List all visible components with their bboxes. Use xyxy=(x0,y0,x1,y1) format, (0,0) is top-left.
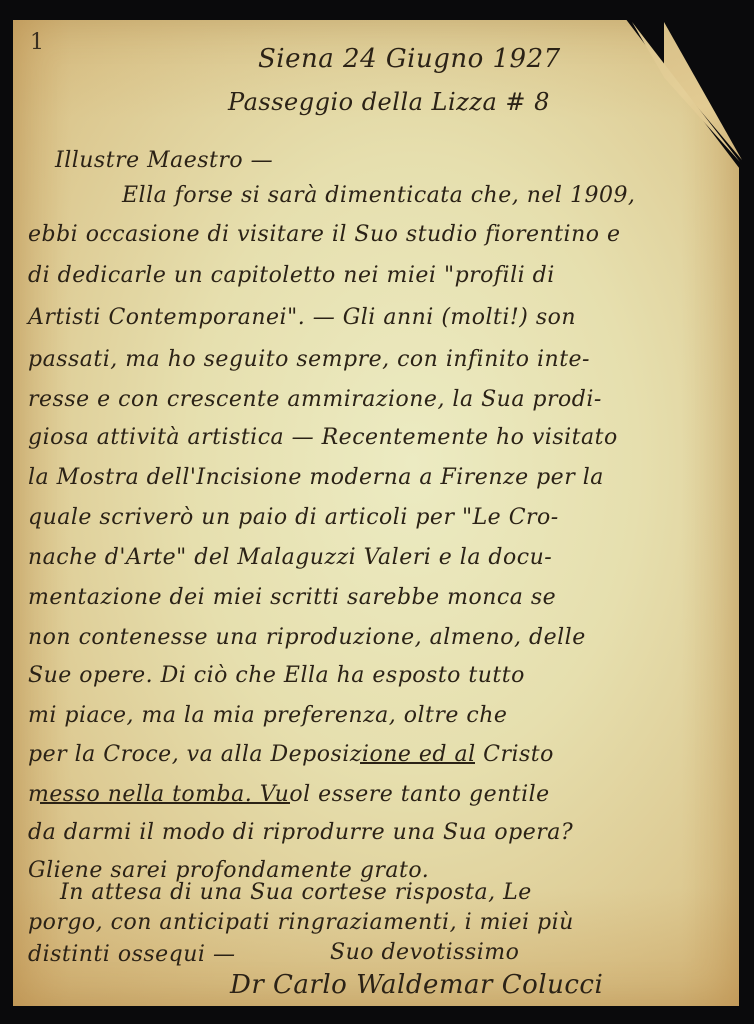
letter-date: Siena 24 Giugno 1927 xyxy=(258,44,561,74)
body-line: Artisti Contemporanei". — Gli anni (molt… xyxy=(28,305,576,330)
body-line: quale scriverò un paio di articoli per "… xyxy=(28,505,559,530)
body-line: porgo, con anticipati ringraziamenti, i … xyxy=(28,910,574,935)
salutation: Illustre Maestro — xyxy=(55,148,273,173)
body-line: passati, ma ho seguito sempre, con infin… xyxy=(28,347,590,372)
scan-frame: 1 Siena 24 Giugno 1927 Passeggio della L… xyxy=(0,0,754,1024)
body-line: ebbi occasione di visitare il Suo studio… xyxy=(28,222,621,247)
body-line: giosa attività artistica — Recentemente … xyxy=(28,425,618,450)
body-line: mi piace, ma la mia preferenza, oltre ch… xyxy=(28,703,507,728)
underline-messo-nella-tomba xyxy=(40,802,290,804)
body-line: resse e con crescente ammirazione, la Su… xyxy=(28,387,602,412)
body-line: In attesa di una Sua cortese risposta, L… xyxy=(60,880,532,905)
letter-address: Passeggio della Lizza # 8 xyxy=(228,88,550,116)
body-line: per la Croce, va alla Deposizione ed al … xyxy=(28,742,554,767)
body-line: distinti ossequi — xyxy=(28,942,235,967)
body-line: Ella forse si sarà dimenticata che, nel … xyxy=(122,183,635,208)
body-line: di dedicarle un capitoletto nei miei "pr… xyxy=(28,263,555,288)
page-number: 1 xyxy=(30,30,45,55)
signature: Dr Carlo Waldemar Colucci xyxy=(230,970,603,1000)
body-line: Sue opere. Di ciò che Ella ha esposto tu… xyxy=(28,663,525,688)
body-line: mentazione dei miei scritti sarebbe monc… xyxy=(28,585,556,610)
body-line: la Mostra dell'Incisione moderna a Firen… xyxy=(28,465,604,490)
body-line: da darmi il modo di riprodurre una Sua o… xyxy=(28,820,573,845)
closing: Suo devotissimo xyxy=(330,940,519,965)
body-line: nache d'Arte" del Malaguzzi Valeri e la … xyxy=(28,545,552,570)
underline-deposizione xyxy=(360,762,475,764)
body-line: non contenesse una riproduzione, almeno,… xyxy=(28,625,586,650)
